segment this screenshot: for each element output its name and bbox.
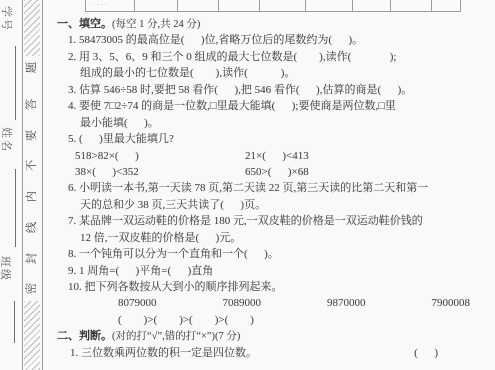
question-5-expr1: 518>82×( ) — [75, 148, 245, 164]
question-3: 3. 估算 546÷58 时,要把 58 看作( ),把 546 看作( ),估… — [57, 82, 471, 98]
score-table-cell — [391, 0, 432, 11]
score-table-cell — [135, 0, 178, 11]
class-blank-line — [14, 301, 15, 343]
score-table: ···· — [85, 0, 461, 12]
question-5-expr2: 21×( )<413 — [245, 148, 309, 164]
question-5-expr3: 38×( )<352 — [75, 164, 245, 180]
question-10: 10. 把下列各数按从大到小的顺序排列起来。 — [57, 279, 471, 295]
seal-hatch-bottom — [24, 301, 40, 370]
question-5-row2: 38×( )<352 650>( )×68 — [57, 164, 471, 180]
name-blank-line — [15, 169, 16, 247]
score-table-cell — [306, 0, 353, 11]
section2-question-1-text: 1. 三位数乘两位数的积一定是四位数。 — [70, 345, 257, 361]
question-5-expr4: 650>( )×68 — [245, 164, 309, 180]
seal-char: 线 — [25, 220, 40, 235]
exam-content: 一、填空。(每空 1 分,共 24 分) 1. 58473005 的最高位是( … — [57, 16, 471, 361]
question-10-numbers: 8079000 7089000 9870000 7900008 — [118, 295, 470, 311]
score-table-cell — [353, 0, 391, 11]
question-7-line2: 12 倍,一双皮鞋的价格是( )元。 — [57, 230, 471, 246]
question-6-line1: 6. 小明读一本书,第一天读 78 页,第二天读 22 页,第三天读的比第二天和… — [57, 180, 471, 196]
question-10-number: 7089000 — [223, 295, 262, 311]
exam-paper-sheet: ···· 学号 姓名 班级 题 答 要 不 内 线 封 密 一、填空。(每空 1… — [0, 0, 495, 370]
section2-note: (对的打“√”,错的打“×”)(7 分) — [112, 331, 240, 342]
score-table-cell — [219, 0, 260, 11]
question-2-line2: 组成的最小的七位数是( ),读作( )。 — [57, 65, 471, 81]
section1-note: (每空 1 分,共 24 分) — [112, 19, 200, 30]
score-table-remnant-marks: ···· — [92, 1, 109, 9]
seal-char: 封 — [25, 251, 40, 266]
question-4-line2: 最小能填( )。 — [57, 115, 471, 131]
question-10-order-blanks: ( )>( )>( )>( ) — [118, 312, 471, 328]
section1-title: 一、填空。 — [57, 18, 112, 30]
question-5-row1: 518>82×( ) 21×( )<413 — [57, 148, 471, 164]
seal-char: 题 — [25, 60, 40, 75]
seal-line-strip: 题 答 要 不 内 线 封 密 — [22, 0, 43, 370]
question-5: 5. ( )里最大能填几? — [57, 131, 471, 147]
seal-hatch-top — [24, 0, 40, 56]
seal-char: 内 — [25, 189, 40, 204]
section1-heading: 一、填空。(每空 1 分,共 24 分) — [57, 16, 471, 32]
section2-heading: 二、判断。(对的打“√”,错的打“×”)(7 分) — [57, 328, 471, 344]
student-id-label: 学号 — [0, 6, 15, 40]
question-10-number: 8079000 — [118, 295, 157, 311]
section2-title: 二、判断。 — [57, 330, 112, 342]
question-4-line1: 4. 要使 7□2÷74 的商是一位数,□里最大能填( );要使商是两位数,□里 — [57, 98, 471, 114]
score-table-cell: ···· — [86, 0, 135, 11]
seal-char: 不 — [25, 158, 40, 173]
section2-question-1: 1. 三位数乘两位数的积一定是四位数。 ( ) — [57, 345, 471, 361]
class-label: 班级 — [0, 256, 14, 294]
score-table-cell — [178, 0, 219, 11]
question-2-line1: 2. 用 3、5、6、9 和三个 0 组成的最大七位数是( ),读作( ); — [57, 49, 471, 65]
name-label: 姓名 — [0, 127, 15, 163]
question-10-number: 9870000 — [327, 295, 366, 311]
student-id-blank-line — [15, 46, 16, 120]
question-7-line1: 7. 某品牌一双运动鞋的价格是 180 元,一双皮鞋的价格是一双运动鞋价钱的 — [57, 213, 471, 229]
score-table-cell — [260, 0, 306, 11]
seal-char: 要 — [25, 128, 40, 143]
section2-question-1-answer-blank: ( ) — [414, 345, 438, 361]
question-9: 9. 1 周角=( )平角=( )直角 — [57, 263, 471, 279]
score-table-cell — [432, 0, 460, 11]
seal-char: 答 — [25, 97, 40, 112]
question-6-line2: 天的总和少 38 页,三天共读了( )页。 — [57, 197, 471, 213]
question-1: 1. 58473005 的最高位是( )位,省略万位后的尾数约为( )。 — [57, 32, 471, 48]
question-10-number: 7900008 — [432, 295, 471, 311]
question-8: 8. 一个钝角可以分为一个直角和一个( )。 — [57, 246, 471, 262]
seal-char: 密 — [25, 281, 40, 296]
